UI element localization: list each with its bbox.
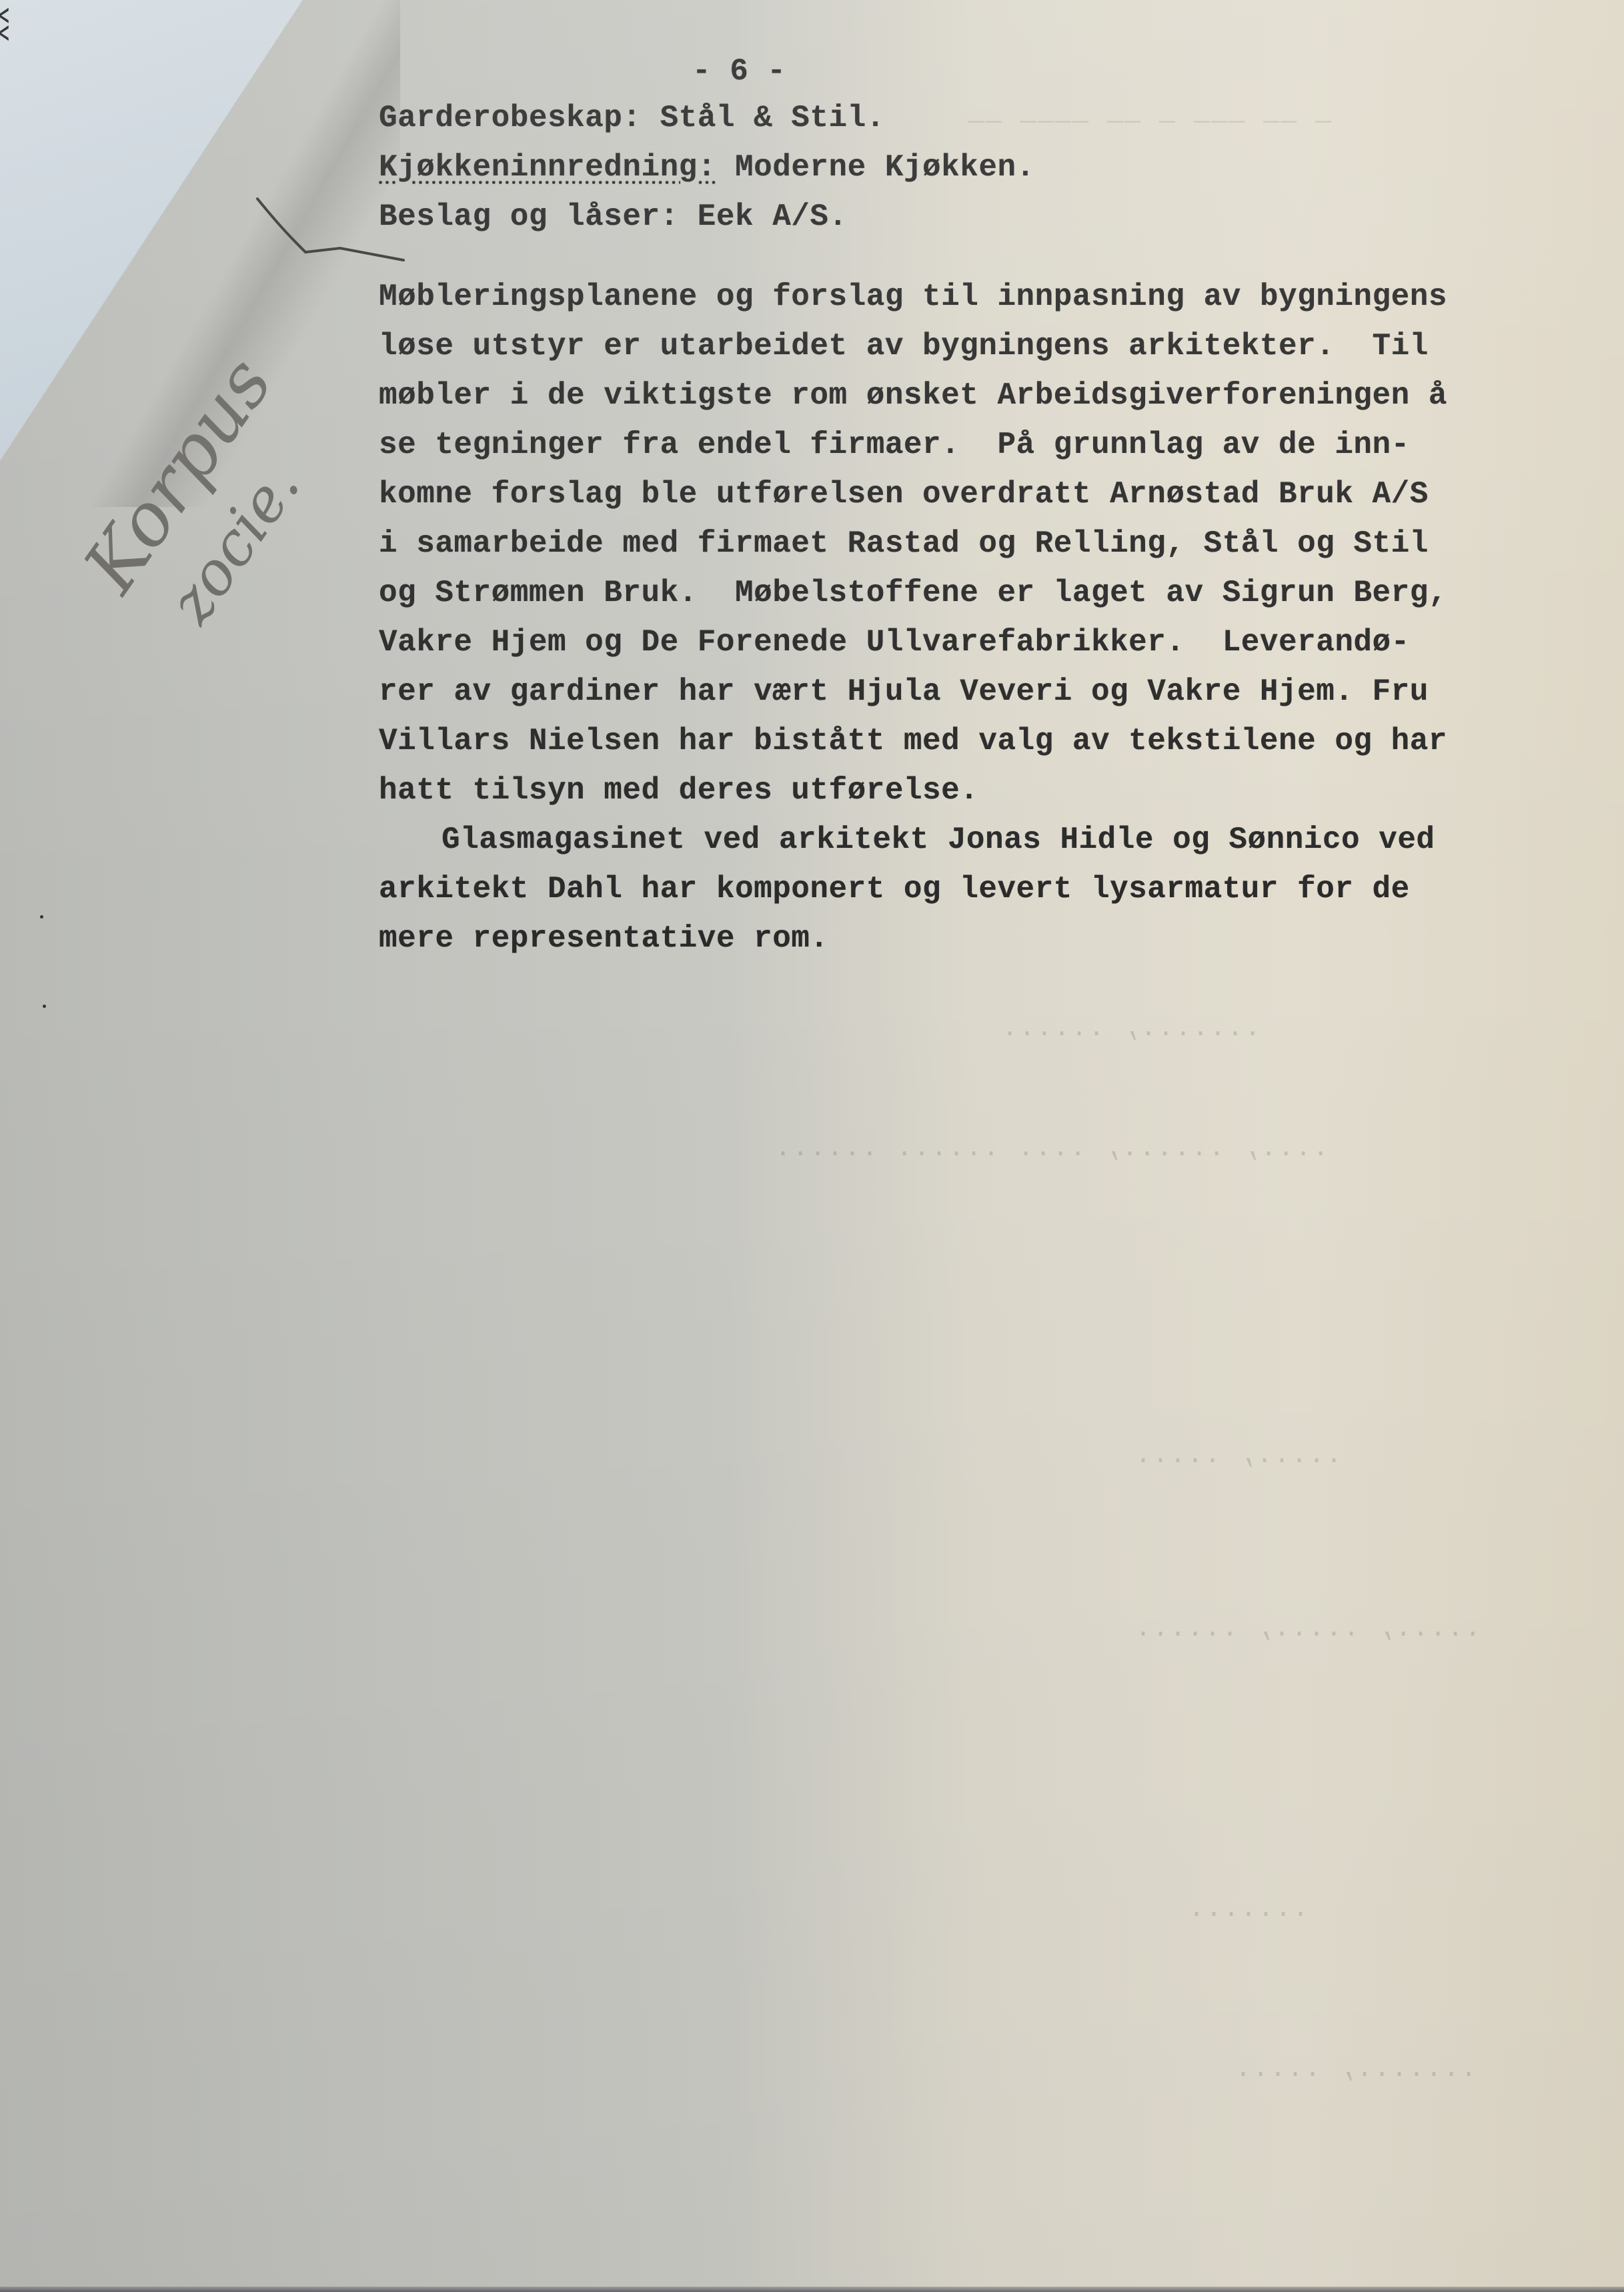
text-line: mere representative rom. <box>379 914 1579 963</box>
bleed-through-text: ....., ....., ...... <box>1134 1614 1481 1644</box>
text-line: Villars Nielsen har bistått med valg av … <box>379 716 1579 766</box>
text-line: se tegninger fra endel firmaer. På grunn… <box>379 420 1579 470</box>
ink-speck <box>43 1005 46 1008</box>
text-line: arkitekt Dahl har komponert og levert ly… <box>379 865 1579 914</box>
ink-speck <box>40 915 43 919</box>
page-bottom-edge <box>0 2287 1624 2292</box>
paragraph-gap <box>379 241 1579 272</box>
supplier-item: Garderobeskap: <box>379 101 641 135</box>
text-line: rer av gardiner har vært Hjula Veveri og… <box>379 667 1579 716</box>
bleed-through-text: ...., ......, .... ...... ...... <box>774 1134 1329 1164</box>
supplier-line: Garderobeskap: Stål & Stil. <box>379 93 1579 143</box>
supplier-item: Beslag og låser: <box>379 199 679 234</box>
supplier-name: Moderne Kjøkken. <box>735 150 1035 185</box>
text-line: og Strømmen Bruk. Møbelstoffene er laget… <box>379 568 1579 618</box>
supplier-line: Beslag og låser: Eek A/S. <box>379 192 1579 241</box>
text-line: Vakre Hjem og De Forenede Ullvarefabrikk… <box>379 618 1579 667</box>
supplier-name: Eek A/S. <box>698 199 848 234</box>
text-line: i samarbeide med firmaet Rastad og Relli… <box>379 519 1579 568</box>
supplier-name: Stål & Stil. <box>660 101 885 135</box>
text-line: komne forslag ble utførelsen overdratt A… <box>379 470 1579 519</box>
underlying-sheet-mark: XX <box>0 7 13 42</box>
bleed-through-text: ....., ..... <box>1134 1441 1342 1471</box>
text-line: Møbleringsplanene og forslag til innpasn… <box>379 272 1579 322</box>
text-line: Glasmagasinet ved arkitekt Jonas Hidle o… <box>379 815 1579 865</box>
page-number: - 6 - <box>692 47 1579 96</box>
supplier-line: Kjøkkeninnredning: Moderne Kjøkken. <box>379 143 1579 192</box>
paragraph-furnishing: Møbleringsplanene og forslag til innpasn… <box>379 272 1579 815</box>
text-line: løse utstyr er utarbeidet av bygningens … <box>379 322 1579 371</box>
text-line: hatt tilsyn med deres utførelse. <box>379 766 1579 815</box>
bleed-through-text: ......., ..... <box>1234 2055 1477 2085</box>
paragraph-lighting: Glasmagasinet ved arkitekt Jonas Hidle o… <box>379 815 1579 963</box>
text-line: møbler i de viktigste rom ønsket Arbeids… <box>379 371 1579 420</box>
bleed-through-text: ....... <box>1187 1894 1309 1924</box>
typed-text-body: - 6 - Garderobeskap: Stål & Stil. Kjøkke… <box>379 47 1579 963</box>
document-page: ‾ ‾‾ ‾‾‾ ‾ ‾‾ ‾‾‾‾ ‾‾ ......., ...... ..… <box>0 0 1624 2292</box>
bleed-through-text: ......., ...... <box>1000 1014 1261 1044</box>
supplier-item: Kjøkkeninnredning: <box>379 150 716 185</box>
